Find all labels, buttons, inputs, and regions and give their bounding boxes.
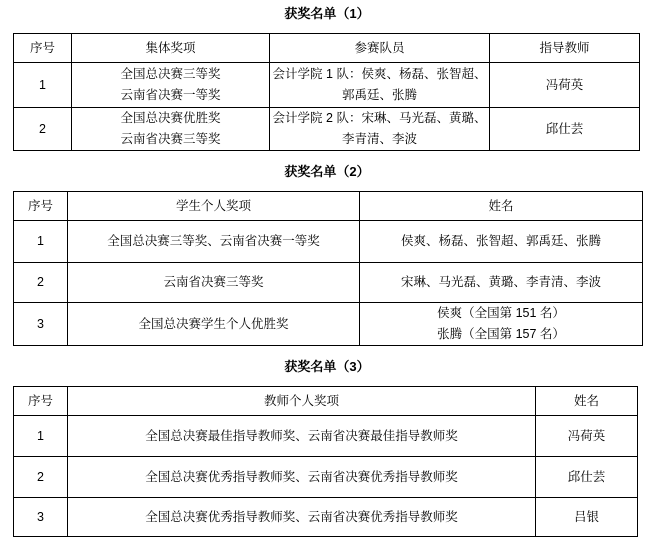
header-row: 序号学生个人奖项姓名 [14, 192, 643, 221]
table-row: 2全国总决赛优胜奖云南省决赛三等奖会计学院 2 队：宋琳、马光磊、黄璐、李青清、… [14, 108, 640, 151]
table-cell: 冯荷英 [490, 63, 640, 108]
award-section-1: 获奖名单（1） 序号集体奖项参赛队员指导教师1全国总决赛三等奖云南省决赛一等奖会… [0, 6, 654, 151]
column-header: 序号 [14, 387, 68, 416]
table-cell: 1 [14, 63, 72, 108]
award-table: 序号教师个人奖项姓名1全国总决赛最佳指导教师奖、云南省决赛最佳指导教师奖冯荷英2… [13, 386, 638, 537]
column-header: 教师个人奖项 [68, 387, 536, 416]
award-table: 序号学生个人奖项姓名1全国总决赛三等奖、云南省决赛一等奖侯爽、杨磊、张智超、郭禹… [13, 191, 643, 346]
table-row: 2云南省决赛三等奖宋琳、马光磊、黄璐、李青清、李波 [14, 263, 643, 303]
table-row: 3全国总决赛优秀指导教师奖、云南省决赛优秀指导教师奖吕银 [14, 498, 638, 537]
table-cell: 吕银 [536, 498, 638, 537]
table-cell: 全国总决赛学生个人优胜奖 [68, 303, 360, 346]
table-cell: 邱仕芸 [490, 108, 640, 151]
table-row: 3全国总决赛学生个人优胜奖侯爽（全国第 151 名）张腾（全国第 157 名） [14, 303, 643, 346]
table-cell: 冯荷英 [536, 416, 638, 457]
table-cell: 邱仕芸 [536, 457, 638, 498]
table-row: 2全国总决赛优秀指导教师奖、云南省决赛优秀指导教师奖邱仕芸 [14, 457, 638, 498]
table-cell: 云南省决赛三等奖 [68, 263, 360, 303]
table-cell: 2 [14, 108, 72, 151]
award-section-2: 获奖名单（2） 序号学生个人奖项姓名1全国总决赛三等奖、云南省决赛一等奖侯爽、杨… [0, 164, 654, 346]
column-header: 参赛队员 [270, 34, 490, 63]
column-header: 指导教师 [490, 34, 640, 63]
section-title: 获奖名单（2） [0, 164, 654, 180]
award-table: 序号集体奖项参赛队员指导教师1全国总决赛三等奖云南省决赛一等奖会计学院 1 队：… [13, 33, 640, 151]
table-cell: 全国总决赛最佳指导教师奖、云南省决赛最佳指导教师奖 [68, 416, 536, 457]
table-cell: 侯爽（全国第 151 名）张腾（全国第 157 名） [360, 303, 643, 346]
table-row: 1全国总决赛最佳指导教师奖、云南省决赛最佳指导教师奖冯荷英 [14, 416, 638, 457]
award-document: 获奖名单（1） 序号集体奖项参赛队员指导教师1全国总决赛三等奖云南省决赛一等奖会… [0, 0, 654, 537]
table-cell: 3 [14, 498, 68, 537]
column-header: 姓名 [536, 387, 638, 416]
column-header: 序号 [14, 192, 68, 221]
table-cell: 会计学院 2 队：宋琳、马光磊、黄璐、李青清、李波 [270, 108, 490, 151]
table-cell: 2 [14, 263, 68, 303]
table-cell: 全国总决赛优秀指导教师奖、云南省决赛优秀指导教师奖 [68, 457, 536, 498]
table-cell: 1 [14, 221, 68, 263]
table-cell: 3 [14, 303, 68, 346]
award-section-3: 获奖名单（3） 序号教师个人奖项姓名1全国总决赛最佳指导教师奖、云南省决赛最佳指… [0, 359, 654, 537]
section-title: 获奖名单（1） [0, 6, 654, 22]
table-cell: 1 [14, 416, 68, 457]
header-row: 序号教师个人奖项姓名 [14, 387, 638, 416]
column-header: 序号 [14, 34, 72, 63]
table-cell: 全国总决赛三等奖云南省决赛一等奖 [72, 63, 270, 108]
table-cell: 全国总决赛优秀指导教师奖、云南省决赛优秀指导教师奖 [68, 498, 536, 537]
table-cell: 侯爽、杨磊、张智超、郭禹廷、张腾 [360, 221, 643, 263]
header-row: 序号集体奖项参赛队员指导教师 [14, 34, 640, 63]
table-cell: 2 [14, 457, 68, 498]
table-cell: 全国总决赛三等奖、云南省决赛一等奖 [68, 221, 360, 263]
table-cell: 会计学院 1 队：侯爽、杨磊、张智超、郭禹廷、张腾 [270, 63, 490, 108]
table-cell: 宋琳、马光磊、黄璐、李青清、李波 [360, 263, 643, 303]
column-header: 学生个人奖项 [68, 192, 360, 221]
section-title: 获奖名单（3） [0, 359, 654, 375]
column-header: 集体奖项 [72, 34, 270, 63]
table-cell: 全国总决赛优胜奖云南省决赛三等奖 [72, 108, 270, 151]
table-row: 1全国总决赛三等奖云南省决赛一等奖会计学院 1 队：侯爽、杨磊、张智超、郭禹廷、… [14, 63, 640, 108]
table-row: 1全国总决赛三等奖、云南省决赛一等奖侯爽、杨磊、张智超、郭禹廷、张腾 [14, 221, 643, 263]
column-header: 姓名 [360, 192, 643, 221]
